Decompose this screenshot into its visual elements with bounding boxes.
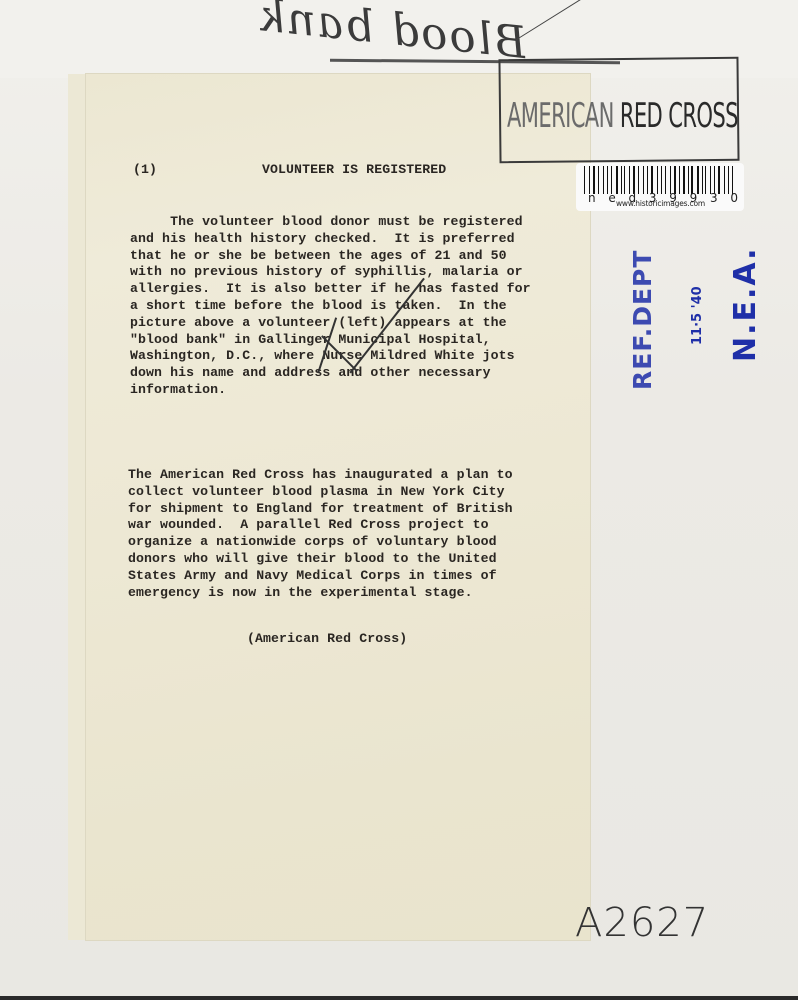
- barcode-digit: e: [608, 191, 615, 205]
- caption-paragraph-1: The volunteer blood donor must be regist…: [130, 214, 531, 399]
- section-number: (1): [133, 162, 157, 179]
- handwritten-ref-number: A2627: [575, 900, 709, 946]
- nea-stamp: N.E.A.: [728, 246, 763, 362]
- scan-bottom-edge: [0, 996, 798, 1000]
- barcode-label: ned39930 www.historicimages.com: [576, 163, 744, 211]
- stamp-text-faded: AMERICAN: [507, 96, 614, 136]
- caption-title: VOLUNTEER IS REGISTERED: [262, 162, 446, 179]
- barcode-digit: 0: [730, 191, 738, 205]
- barcode-icon: [584, 166, 736, 194]
- caption-credit: (American Red Cross): [247, 631, 407, 648]
- red-cross-stamp: AMERICAN RED CROSS: [507, 96, 738, 136]
- ref-dept-stamp: REF.DEPT: [628, 250, 657, 390]
- ref-dept-date: 11·5 '40: [690, 286, 705, 345]
- barcode-digit: n: [588, 191, 596, 205]
- stamp-text-dark: RED CROSS: [614, 96, 738, 136]
- caption-paragraph-2: The American Red Cross has inaugurated a…: [128, 467, 513, 601]
- barcode-url: www.historicimages.com: [616, 199, 705, 208]
- sheet-edge: [68, 74, 88, 940]
- barcode-digit: 3: [710, 191, 718, 205]
